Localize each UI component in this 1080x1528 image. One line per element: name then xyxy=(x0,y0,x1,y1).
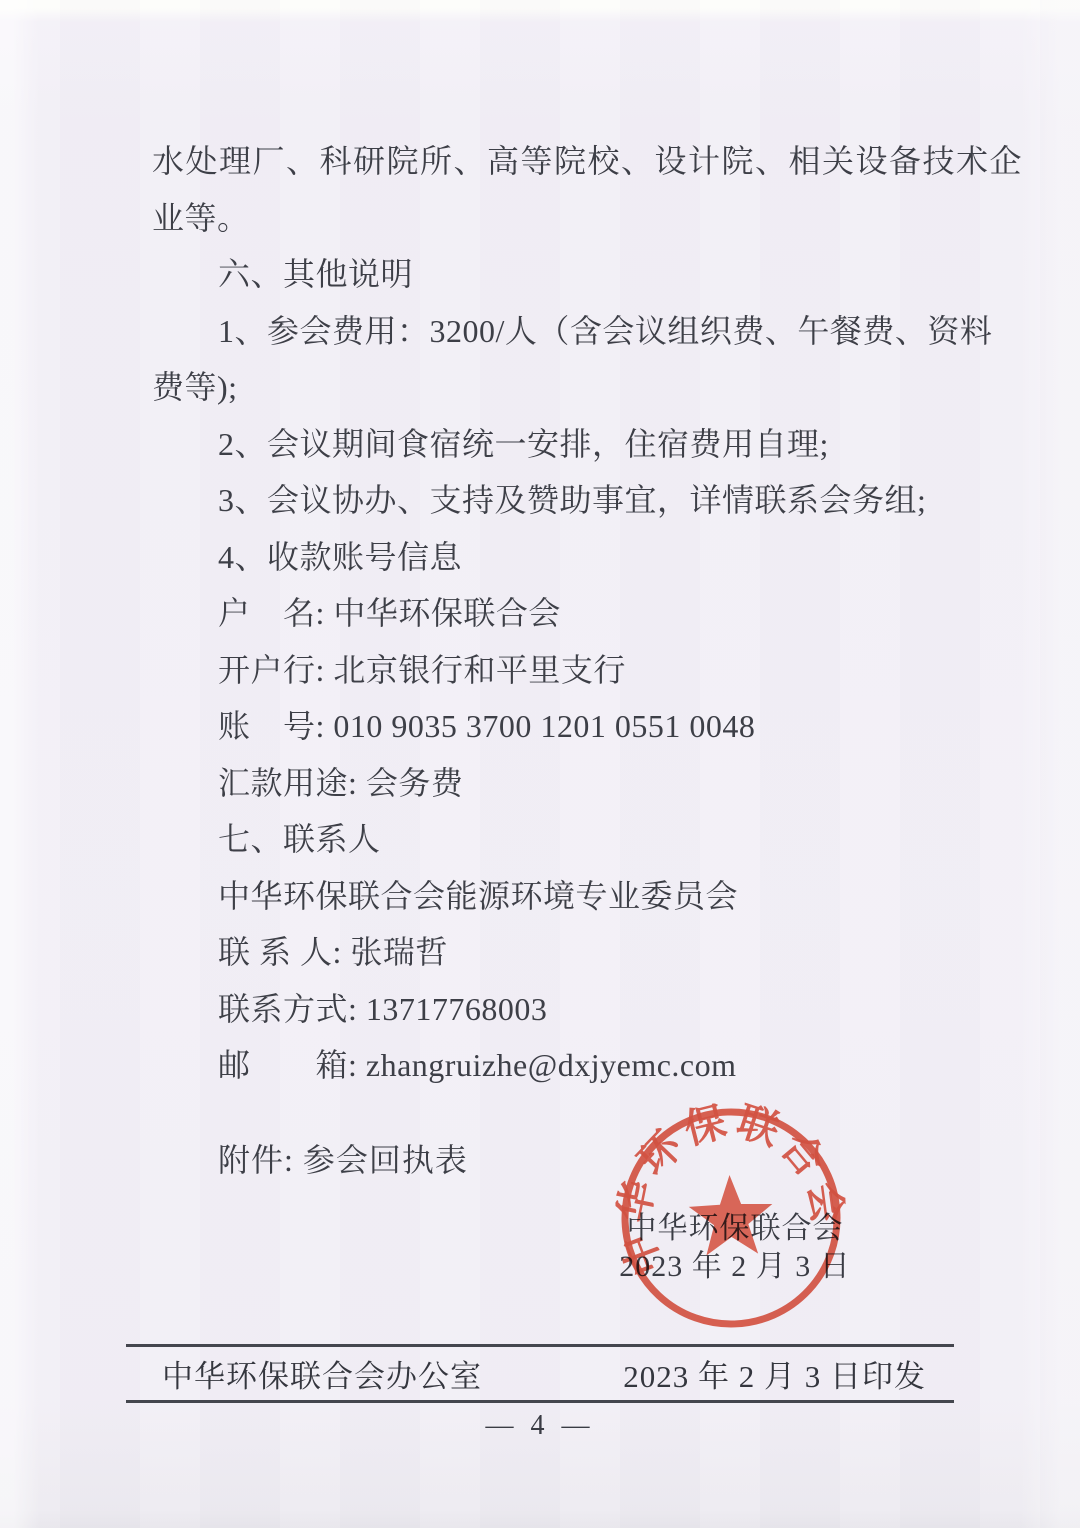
body-line: 4、收款账号信息 xyxy=(152,529,942,586)
body-line: 中华环保联合会能源环境专业委员会 xyxy=(152,868,942,925)
document-page: 水处理厂、科研院所、高等院校、设计院、相关设备技术企 业等。 六、其他说明 1、… xyxy=(0,0,1080,1528)
body-line: 开户行: 北京银行和平里支行 xyxy=(152,642,942,699)
body-line: 联 系 人: 张瑞哲 xyxy=(152,924,942,981)
body-line: 户 名: 中华环保联合会 xyxy=(152,585,942,642)
page-body: 水处理厂、科研院所、高等院校、设计院、相关设备技术企 业等。 六、其他说明 1、… xyxy=(152,133,942,1094)
signature-date: 2023 年 2 月 3 日 xyxy=(565,1248,905,1286)
body-line: 费等); xyxy=(152,359,942,416)
body-line: 邮 箱: zhangruizhe@dxjyemc.com xyxy=(152,1037,942,1094)
footer: 中华环保联合会办公室 2023 年 2 月 3 日印发 xyxy=(126,1350,954,1396)
footer-issue-date: 2023 年 2 月 3 日印发 xyxy=(623,1351,926,1396)
signature-block: 中华环保联合会 2023 年 2 月 3 日 xyxy=(565,1210,905,1286)
body-line: 1、参会费用：3200/人（含会议组织费、午餐费、资料 xyxy=(152,303,942,360)
body-line: 2、会议期间食宿统一安排，住宿费用自理; xyxy=(152,416,942,473)
footer-rule-bottom xyxy=(126,1400,954,1403)
signature-organization: 中华环保联合会 xyxy=(565,1210,905,1248)
attachment-note: 附件: 参会回执表 xyxy=(218,1132,468,1188)
footer-rule-top xyxy=(126,1344,954,1347)
body-line: 水处理厂、科研院所、高等院校、设计院、相关设备技术企 xyxy=(152,133,942,190)
body-line: 业等。 xyxy=(152,190,942,247)
body-line: 六、其他说明 xyxy=(152,246,942,303)
body-line: 七、联系人 xyxy=(152,811,942,868)
page-number: — 4 — xyxy=(0,1410,1080,1442)
body-line: 3、会议协办、支持及赞助事宜，详情联系会务组; xyxy=(152,472,942,529)
body-line: 汇款用途: 会务费 xyxy=(152,755,942,812)
body-line: 联系方式: 13717768003 xyxy=(152,981,942,1038)
footer-office: 中华环保联合会办公室 xyxy=(162,1351,482,1396)
body-line: 账 号: 010 9035 3700 1201 0551 0048 xyxy=(152,698,942,755)
